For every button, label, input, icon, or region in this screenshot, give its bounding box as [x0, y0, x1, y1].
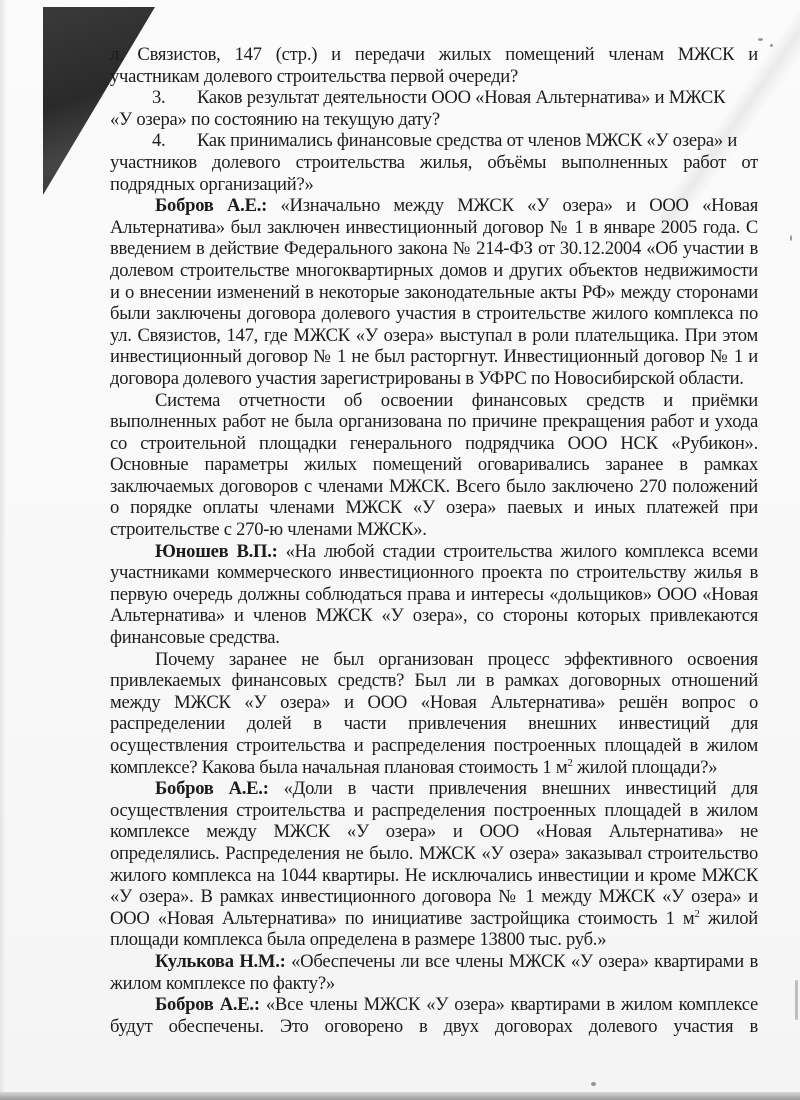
line-text: выполненных работ не была организована п… [110, 411, 758, 432]
line-text: Основные параметры жилых помещений огова… [110, 454, 758, 475]
line-text: участников долевого строительства жилья,… [110, 152, 758, 173]
line-text: определялись. Распределения не было. МЖС… [110, 843, 758, 864]
text-line: Бобров А.Е.: «Изначально между МЖСК «У о… [110, 195, 758, 217]
text-line: Бобров А.Е.: «Доли в части привлечения в… [110, 778, 758, 800]
text-line: введением в действие Федерального закона… [110, 238, 758, 260]
text-line: будут обеспечены. Это оговорено в двух д… [110, 1016, 758, 1038]
item-number: 4. [152, 130, 197, 152]
line-text: были заключены договора долевого участия… [110, 303, 758, 324]
line-text: долевом строительстве многоквартирных до… [110, 260, 758, 281]
scan-speck [795, 980, 798, 1020]
line-text: первую очередь должны соблюдаться права … [110, 584, 758, 605]
text-line: л. Связистов, 147 (стр.) и передачи жилы… [110, 44, 758, 66]
line-text: заключаемых договоров с членами МЖСК. Вс… [110, 476, 758, 497]
text-line: о порядке оплаты членами МЖСК «У озера» … [110, 497, 758, 519]
text-line: выполненных работ не была организована п… [110, 411, 758, 433]
scan-speck [770, 44, 773, 47]
line-text: будут обеспечены. Это оговорено в двух д… [110, 1016, 758, 1037]
line-text: Альтернатива» и членов МЖСК «У озера», с… [110, 605, 758, 626]
text-line: строительстве с 270-ю членами МЖСК». [110, 519, 758, 541]
text-line: привлекаемых финансовых средств? Был ли … [110, 670, 758, 692]
line-text: подрядных организаций?» [110, 174, 314, 195]
line-text: «На любой стадии строительства жилого ко… [278, 541, 758, 562]
line-text: распределении долей в части привлечения … [110, 713, 758, 734]
text-line: 4.Как принимались финансовые средства от… [110, 130, 758, 152]
text-line: долевом строительстве многоквартирных до… [110, 260, 758, 282]
speaker-name: Бобров А.Е.: [155, 994, 260, 1015]
line-text: со строительной площадки генерального по… [110, 433, 758, 454]
line-text: финансовые средства. [110, 627, 280, 648]
text-line: первую очередь должны соблюдаться права … [110, 584, 758, 606]
text-line: комплексе? Какова была начальная планова… [110, 757, 758, 779]
text-line: определялись. Распределения не было. МЖС… [110, 843, 758, 865]
scan-speck [790, 235, 792, 241]
text-line: финансовые средства. [110, 627, 758, 649]
line-text-tail: жилой [700, 908, 758, 929]
text-line: «У озера» по состоянию на текущую дату? [110, 109, 758, 131]
text-line: комплексе между МЖСК «У озера» и ООО «Но… [110, 821, 758, 843]
speaker-name: Бобров А.Е.: [155, 195, 267, 216]
line-text: о порядке оплаты членами МЖСК «У озера» … [110, 497, 758, 518]
text-line: между МЖСК «У озера» и ООО «Новая Альтер… [110, 692, 758, 714]
line-text: жилом комплексе по факту?» [110, 973, 335, 994]
line-text: ООО «Новая Альтернатива» по инициативе з… [110, 908, 694, 929]
line-text: договора долевого участия зарегистрирова… [110, 368, 744, 389]
text-line: со строительной площадки генерального по… [110, 433, 758, 455]
text-line: заключаемых договоров с членами МЖСК. Вс… [110, 476, 758, 498]
line-text: осуществления строительства и распределе… [110, 800, 758, 821]
text-line: участникам долевого строительства первой… [110, 66, 758, 88]
line-text: Как принимались финансовые средства от ч… [197, 130, 737, 151]
line-text: «У озера» по состоянию на текущую дату? [110, 109, 440, 130]
line-text: «У озера». В рамках инвестиционного дого… [110, 886, 758, 907]
text-line: осуществления строительства и распределе… [110, 800, 758, 822]
line-text: площади комплекса была определена в разм… [110, 929, 606, 950]
text-line: Альтернатива» был заключен инвестиционны… [110, 217, 758, 239]
text-line: и о внесении изменений в некоторые закон… [110, 282, 758, 304]
text-line: Бобров А.Е.: «Все члены МЖСК «У озера» к… [110, 994, 758, 1016]
document-body: л. Связистов, 147 (стр.) и передачи жилы… [110, 44, 758, 1037]
line-text: привлекаемых финансовых средств? Был ли … [110, 670, 758, 691]
line-text: инвестиционный договор № 1 не был растор… [110, 346, 758, 367]
scan-speck [591, 1082, 596, 1086]
text-line: участниками коммерческого инвестиционног… [110, 562, 758, 584]
item-number: 3. [152, 87, 197, 109]
line-text: участниками коммерческого инвестиционног… [110, 562, 758, 583]
line-text: «Обеспечены ли все члены МЖСК «У озера» … [286, 951, 758, 972]
text-line: жилом комплексе по факту?» [110, 973, 758, 995]
page-bottom-edge [0, 1092, 800, 1100]
line-text: и о внесении изменений в некоторые закон… [110, 282, 758, 303]
line-text: л. Связистов, 147 (стр.) и передачи жилы… [110, 44, 758, 65]
line-text: «Доли в части привлечения внешних инвест… [269, 778, 758, 799]
text-line: осуществления строительства и распределе… [110, 735, 758, 757]
speaker-name: Бобров А.Е.: [155, 778, 269, 799]
text-line: Альтернатива» и членов МЖСК «У озера», с… [110, 605, 758, 627]
text-line: распределении долей в части привлечения … [110, 713, 758, 735]
scanned-page: л. Связистов, 147 (стр.) и передачи жилы… [0, 0, 800, 1100]
line-text: между МЖСК «У озера» и ООО «Новая Альтер… [110, 692, 758, 713]
speaker-name: Кулькова Н.М.: [155, 951, 286, 972]
line-text: Система отчетности об освоении финансовы… [155, 390, 758, 411]
text-line: жилого комплекса на 1044 квартиры. Не ис… [110, 865, 758, 887]
scan-speck [758, 38, 763, 41]
line-text: введением в действие Федерального закона… [110, 238, 758, 259]
text-line: ул. Связистов, 147, где МЖСК «У озера» в… [110, 325, 758, 347]
text-line: были заключены договора долевого участия… [110, 303, 758, 325]
line-text: участникам долевого строительства первой… [110, 66, 518, 87]
text-line: 3.Каков результат деятельности ООО «Нова… [110, 87, 758, 109]
text-line: участников долевого строительства жилья,… [110, 152, 758, 174]
text-line: Основные параметры жилых помещений огова… [110, 454, 758, 476]
line-text: жилого комплекса на 1044 квартиры. Не ис… [110, 865, 758, 886]
text-line: договора долевого участия зарегистрирова… [110, 368, 758, 390]
text-line: ООО «Новая Альтернатива» по инициативе з… [110, 908, 758, 930]
line-text: ул. Связистов, 147, где МЖСК «У озера» в… [110, 325, 758, 346]
text-line: инвестиционный договор № 1 не был растор… [110, 346, 758, 368]
line-text: Почему заранее не был организован процес… [155, 649, 758, 670]
page-left-edge [0, 0, 6, 1100]
speaker-name: Юношев В.П.: [155, 541, 278, 562]
line-text: «Все члены МЖСК «У озера» квартирами в ж… [260, 994, 758, 1015]
line-text: «Изначально между МЖСК «У озера» и ООО «… [267, 195, 758, 216]
line-text: Альтернатива» был заключен инвестиционны… [110, 217, 758, 238]
line-text: осуществления строительства и распределе… [110, 735, 758, 756]
text-line: Почему заранее не был организован процес… [110, 649, 758, 671]
text-line: подрядных организаций?» [110, 174, 758, 196]
line-text-tail: жилой площади?» [573, 757, 718, 778]
line-text: комплексе между МЖСК «У озера» и ООО «Но… [110, 821, 758, 842]
line-text: строительстве с 270-ю членами МЖСК». [110, 519, 427, 540]
text-line: Система отчетности об освоении финансовы… [110, 390, 758, 412]
text-line: площади комплекса была определена в разм… [110, 929, 758, 951]
text-line: Кулькова Н.М.: «Обеспечены ли все члены … [110, 951, 758, 973]
line-text: Каков результат деятельности ООО «Новая … [197, 87, 725, 108]
text-line: «У озера». В рамках инвестиционного дого… [110, 886, 758, 908]
line-text: комплексе? Какова была начальная планова… [110, 757, 567, 778]
text-line: Юношев В.П.: «На любой стадии строительс… [110, 541, 758, 563]
